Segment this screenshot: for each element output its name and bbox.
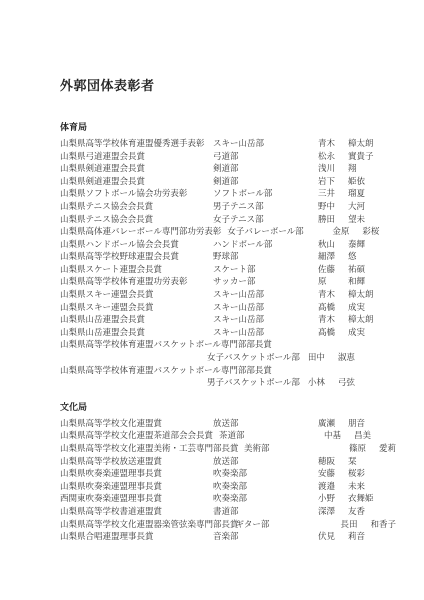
club-name: 男子バスケットボール部 bbox=[207, 376, 308, 389]
recipient-name: 伏見莉音 bbox=[318, 530, 365, 543]
recipient-name: 青木樟太朗 bbox=[318, 288, 374, 301]
recipient-givenname: 衣舞姫 bbox=[348, 493, 374, 503]
recipient-surname: 細澤 bbox=[318, 250, 348, 263]
club-name: 音楽部 bbox=[213, 530, 318, 543]
award-title: 山梨県高等学校文化連盟美術・工芸専門部長賞 bbox=[60, 442, 244, 455]
award-title: 山梨県弓道連盟会長賞 bbox=[60, 150, 213, 163]
award-title: 山梨県高等学校体育連盟功労表彰 bbox=[60, 275, 213, 288]
recipient-surname: 深澤 bbox=[318, 505, 348, 518]
recipient-surname: 青木 bbox=[318, 288, 348, 301]
award-title: 山梨県スキー連盟会長賞 bbox=[60, 301, 213, 314]
recipient-name: 青木樟太朗 bbox=[318, 137, 374, 150]
award-row: 山梨県高体連バレーボール専門部功労表彰 女子バレーボール部 金原彩桜 bbox=[60, 225, 396, 238]
recipient-givenname: 悠 bbox=[348, 251, 357, 261]
award-row: 山梨県高等学校文化連盟茶道部会会長賞 茶道部 中基昌美 bbox=[60, 429, 396, 442]
recipient-surname: 伏見 bbox=[318, 530, 348, 543]
award-title: 山梨県高体連バレーボール専門部功労表彰 bbox=[60, 225, 227, 238]
award-row: 山梨県高等学校体育連盟優秀選手表彰 スキー山岳部 青木樟太朗 bbox=[60, 137, 396, 150]
club-name: サッカー部 bbox=[213, 275, 318, 288]
recipient-givenname: 樟太朗 bbox=[348, 314, 374, 324]
recipient-surname: 三井 bbox=[318, 187, 348, 200]
club-name: ハンドボール部 bbox=[213, 238, 318, 251]
recipient-surname: 浅川 bbox=[318, 162, 348, 175]
club-name: スケート部 bbox=[213, 263, 318, 276]
recipient-name: 髙橋成実 bbox=[318, 326, 365, 339]
recipient-givenname: 莉音 bbox=[348, 531, 365, 541]
award-title: 山梨県山岳連盟会長賞 bbox=[60, 326, 213, 339]
award-row: 山梨県高等学校放送連盟賞 放送部 穂阪栞 bbox=[60, 455, 396, 468]
recipient-surname: 金原 bbox=[332, 225, 362, 238]
bureau-section: 文化局 山梨県高等学校文化連盟賞 放送部 廣瀬朋音 山梨県高等学校文化連盟茶道部… bbox=[60, 401, 396, 543]
club-name: 茶道部 bbox=[219, 429, 324, 442]
recipient-surname: 篠原 bbox=[349, 442, 379, 455]
recipient-givenname: 弓弦 bbox=[338, 377, 355, 387]
recipient-givenname: 淑恵 bbox=[338, 352, 355, 362]
award-title: 山梨県高等学校書道連盟賞 bbox=[60, 505, 213, 518]
club-name: 吹奏楽部 bbox=[213, 467, 318, 480]
club-name: 男子テニス部 bbox=[213, 200, 318, 213]
recipient-givenname: 泰輝 bbox=[348, 239, 365, 249]
recipient-surname: 髙橋 bbox=[318, 301, 348, 314]
award-rows: 山梨県高等学校体育連盟優秀選手表彰 スキー山岳部 青木樟太朗 山梨県弓道連盟会長… bbox=[60, 137, 396, 389]
award-title: 山梨県ソフトボール協会功労表彰 bbox=[60, 187, 213, 200]
recipient-name: 浅川翔 bbox=[318, 162, 357, 175]
recipient-surname: 松永 bbox=[318, 150, 348, 163]
recipient-name: 小野衣舞姫 bbox=[318, 492, 374, 505]
award-title: 山梨県高等学校文化連盟茶道部会会長賞 bbox=[60, 429, 219, 442]
recipient-givenname: 和輝 bbox=[348, 276, 365, 286]
club-name: 放送部 bbox=[213, 455, 318, 468]
recipient-surname: 原 bbox=[318, 275, 348, 288]
award-title: 山梨県高等学校体育連盟バスケットボール専門部部長賞 bbox=[60, 364, 278, 377]
club-name: 美術部 bbox=[244, 442, 349, 455]
award-detail-line: 女子バスケットボール部 田中淑恵 bbox=[207, 351, 396, 364]
award-row: 山梨県弓道連盟会長賞 弓道部 松永實貴子 bbox=[60, 150, 396, 163]
recipient-surname: 中基 bbox=[324, 429, 354, 442]
page-title: 外郭団体表彰者 bbox=[60, 79, 396, 94]
recipient-givenname: 友香 bbox=[348, 506, 365, 516]
award-detail-line: 男子バスケットボール部 小林弓弦 bbox=[207, 376, 396, 389]
recipient-surname: 田中 bbox=[308, 351, 338, 364]
club-name: 剣道部 bbox=[213, 162, 318, 175]
award-row: 山梨県ソフトボール協会功労表彰 ソフトボール部 三井瑠夏 bbox=[60, 187, 396, 200]
section-heading: 文化局 bbox=[60, 401, 396, 413]
bureau-section: 体育局 山梨県高等学校体育連盟優秀選手表彰 スキー山岳部 青木樟太朗 山梨県弓道… bbox=[60, 121, 396, 389]
recipient-givenname: 望未 bbox=[348, 214, 365, 224]
award-row: 山梨県剣道連盟会長賞 剣道部 岩下姫依 bbox=[60, 175, 396, 188]
recipient-name: 篠原愛莉 bbox=[349, 442, 396, 455]
club-name: 吹奏楽部 bbox=[213, 492, 318, 505]
award-row: 山梨県高等学校体育連盟功労表彰 サッカー部 原和輝 bbox=[60, 275, 396, 288]
recipient-name: 長田和香子 bbox=[340, 518, 396, 531]
award-title: 山梨県高等学校体育連盟バスケットボール専門部部長賞 bbox=[60, 338, 278, 351]
recipient-name: 原和輝 bbox=[318, 275, 365, 288]
recipient-givenname: 栞 bbox=[348, 456, 357, 466]
club-name: 女子バスケットボール部 bbox=[207, 351, 308, 364]
award-row: 山梨県高等学校野球連盟会長賞 野球部 細澤悠 bbox=[60, 250, 396, 263]
award-row: 西関東吹奏楽連盟理事長賞 吹奏楽部 小野衣舞姫 bbox=[60, 492, 396, 505]
award-row-wrapped: 山梨県高等学校体育連盟バスケットボール専門部部長賞 男子バスケットボール部 小林… bbox=[60, 364, 396, 389]
award-row: 山梨県テニス協会会長賞 女子テニス部 勝田望未 bbox=[60, 213, 396, 226]
award-title: 山梨県高等学校体育連盟優秀選手表彰 bbox=[60, 137, 213, 150]
recipient-name: 中基昌美 bbox=[324, 429, 371, 442]
recipient-surname: 野中 bbox=[318, 200, 348, 213]
recipient-name: 髙橋成実 bbox=[318, 301, 365, 314]
award-rows: 山梨県高等学校文化連盟賞 放送部 廣瀬朋音 山梨県高等学校文化連盟茶道部会会長賞… bbox=[60, 417, 396, 543]
recipient-givenname: 瑠夏 bbox=[348, 188, 365, 198]
recipient-surname: 勝田 bbox=[318, 213, 348, 226]
award-row: 山梨県剣道連盟会長賞 剣道部 浅川翔 bbox=[60, 162, 396, 175]
recipient-surname: 小野 bbox=[318, 492, 348, 505]
award-row: 山梨県合唱連盟理事長賞 音楽部 伏見莉音 bbox=[60, 530, 396, 543]
recipient-givenname: 桜彩 bbox=[348, 468, 365, 478]
club-name: スキー山岳部 bbox=[213, 326, 318, 339]
recipient-givenname: 彩桜 bbox=[362, 226, 379, 236]
recipient-name: 小林弓弦 bbox=[308, 376, 355, 389]
award-title: 山梨県テニス協会会長賞 bbox=[60, 200, 213, 213]
award-title: 山梨県吹奏楽連盟理事長賞 bbox=[60, 467, 213, 480]
award-row-wrapped: 山梨県高等学校体育連盟バスケットボール専門部部長賞 女子バスケットボール部 田中… bbox=[60, 338, 396, 363]
recipient-name: 青木樟太朗 bbox=[318, 313, 374, 326]
recipient-name: 細澤悠 bbox=[318, 250, 357, 263]
recipient-givenname: 昌美 bbox=[354, 430, 371, 440]
award-title: 山梨県吹奏楽連盟理事長賞 bbox=[60, 480, 213, 493]
recipient-surname: 髙橋 bbox=[318, 326, 348, 339]
club-name: スキー山岳部 bbox=[213, 288, 318, 301]
club-name: 放送部 bbox=[213, 417, 318, 430]
recipient-givenname: 成実 bbox=[348, 327, 365, 337]
club-name: ソフトボール部 bbox=[213, 187, 318, 200]
award-row: 山梨県スケート連盟会長賞 スケート部 佐藤祐碩 bbox=[60, 263, 396, 276]
recipient-name: 秋山泰輝 bbox=[318, 238, 365, 251]
recipient-surname: 長田 bbox=[340, 518, 370, 531]
club-name: 女子バレーボール部 bbox=[227, 225, 332, 238]
section-heading: 体育局 bbox=[60, 121, 396, 133]
award-title: 西関東吹奏楽連盟理事長賞 bbox=[60, 492, 213, 505]
recipient-surname: 廣瀬 bbox=[318, 417, 348, 430]
club-name: ギター部 bbox=[235, 518, 340, 531]
club-name: 書道部 bbox=[213, 505, 318, 518]
recipient-givenname: 翔 bbox=[348, 163, 357, 173]
recipient-surname: 渡邉 bbox=[318, 480, 348, 493]
recipient-name: 安藤桜彩 bbox=[318, 467, 365, 480]
recipient-givenname: 朋音 bbox=[348, 418, 365, 428]
award-title: 山梨県高等学校放送連盟賞 bbox=[60, 455, 213, 468]
recipient-givenname: 樟太朗 bbox=[348, 138, 374, 148]
recipient-givenname: 成実 bbox=[348, 302, 365, 312]
award-row: 山梨県高等学校文化連盟賞 放送部 廣瀬朋音 bbox=[60, 417, 396, 430]
recipient-surname: 青木 bbox=[318, 313, 348, 326]
recipient-surname: 安藤 bbox=[318, 467, 348, 480]
award-row: 山梨県吹奏楽連盟理事長賞 吹奏楽部 渡邉未来 bbox=[60, 480, 396, 493]
recipient-name: 勝田望未 bbox=[318, 213, 365, 226]
recipient-surname: 岩下 bbox=[318, 175, 348, 188]
recipient-name: 佐藤祐碩 bbox=[318, 263, 365, 276]
recipient-givenname: 愛莉 bbox=[379, 443, 396, 453]
award-title: 山梨県テニス協会会長賞 bbox=[60, 213, 213, 226]
recipient-name: 金原彩桜 bbox=[332, 225, 379, 238]
recipient-name: 深澤友香 bbox=[318, 505, 365, 518]
club-name: 弓道部 bbox=[213, 150, 318, 163]
award-title: 山梨県山岳連盟会長賞 bbox=[60, 313, 213, 326]
recipient-givenname: 姫依 bbox=[348, 176, 365, 186]
award-title: 山梨県剣道連盟会長賞 bbox=[60, 162, 213, 175]
award-row: 山梨県吹奏楽連盟理事長賞 吹奏楽部 安藤桜彩 bbox=[60, 467, 396, 480]
club-name: スキー山岳部 bbox=[213, 313, 318, 326]
club-name: 野球部 bbox=[213, 250, 318, 263]
award-title-line: 山梨県高等学校体育連盟バスケットボール専門部部長賞 bbox=[60, 364, 396, 377]
recipient-givenname: 和香子 bbox=[370, 519, 396, 529]
recipient-name: 松永實貴子 bbox=[318, 150, 374, 163]
award-title: 山梨県高等学校野球連盟会長賞 bbox=[60, 250, 213, 263]
award-row: 山梨県山岳連盟会長賞 スキー山岳部 青木樟太朗 bbox=[60, 313, 396, 326]
recipient-name: 岩下姫依 bbox=[318, 175, 365, 188]
award-title: 山梨県スキー連盟会長賞 bbox=[60, 288, 213, 301]
award-row: 山梨県高等学校文化連盟美術・工芸専門部長賞 美術部 篠原愛莉 bbox=[60, 442, 396, 455]
sections-container: 体育局 山梨県高等学校体育連盟優秀選手表彰 スキー山岳部 青木樟太朗 山梨県弓道… bbox=[60, 121, 396, 543]
recipient-name: 田中淑恵 bbox=[308, 351, 355, 364]
recipient-givenname: 樟太朗 bbox=[348, 289, 374, 299]
recipient-givenname: 未来 bbox=[348, 481, 365, 491]
award-title-line: 山梨県高等学校体育連盟バスケットボール専門部部長賞 bbox=[60, 338, 396, 351]
recipient-name: 廣瀬朋音 bbox=[318, 417, 365, 430]
award-title: 山梨県高等学校文化連盟器楽管弦楽専門部長賞 bbox=[60, 518, 235, 531]
award-row: 山梨県テニス協会会長賞 男子テニス部 野中大河 bbox=[60, 200, 396, 213]
club-name: スキー山岳部 bbox=[213, 137, 318, 150]
recipient-surname: 佐藤 bbox=[318, 263, 348, 276]
recipient-name: 渡邉未来 bbox=[318, 480, 365, 493]
recipient-givenname: 實貴子 bbox=[348, 151, 374, 161]
club-name: スキー山岳部 bbox=[213, 301, 318, 314]
award-title: 山梨県合唱連盟理事長賞 bbox=[60, 530, 213, 543]
recipient-surname: 小林 bbox=[308, 376, 338, 389]
award-row: 山梨県高等学校文化連盟器楽管弦楽専門部長賞 ギター部 長田和香子 bbox=[60, 518, 396, 531]
award-row: 山梨県高等学校書道連盟賞 書道部 深澤友香 bbox=[60, 505, 396, 518]
award-row: 山梨県ハンドボール協会会長賞 ハンドボール部 秋山泰輝 bbox=[60, 238, 396, 251]
recipient-givenname: 大河 bbox=[348, 201, 365, 211]
club-name: 剣道部 bbox=[213, 175, 318, 188]
award-row: 山梨県山岳連盟会長賞 スキー山岳部 髙橋成実 bbox=[60, 326, 396, 339]
document-page: 外郭団体表彰者 体育局 山梨県高等学校体育連盟優秀選手表彰 スキー山岳部 青木樟… bbox=[0, 0, 424, 600]
award-title: 山梨県剣道連盟会長賞 bbox=[60, 175, 213, 188]
recipient-name: 穂阪栞 bbox=[318, 455, 357, 468]
award-title: 山梨県ハンドボール協会会長賞 bbox=[60, 238, 213, 251]
recipient-name: 野中大河 bbox=[318, 200, 365, 213]
club-name: 吹奏楽部 bbox=[213, 480, 318, 493]
recipient-surname: 穂阪 bbox=[318, 455, 348, 468]
recipient-surname: 秋山 bbox=[318, 238, 348, 251]
award-title: 山梨県高等学校文化連盟賞 bbox=[60, 417, 213, 430]
award-title: 山梨県スケート連盟会長賞 bbox=[60, 263, 213, 276]
club-name: 女子テニス部 bbox=[213, 213, 318, 226]
recipient-surname: 青木 bbox=[318, 137, 348, 150]
award-row: 山梨県スキー連盟会長賞 スキー山岳部 青木樟太朗 bbox=[60, 288, 396, 301]
award-row: 山梨県スキー連盟会長賞 スキー山岳部 髙橋成実 bbox=[60, 301, 396, 314]
recipient-name: 三井瑠夏 bbox=[318, 187, 365, 200]
recipient-givenname: 祐碩 bbox=[348, 264, 365, 274]
